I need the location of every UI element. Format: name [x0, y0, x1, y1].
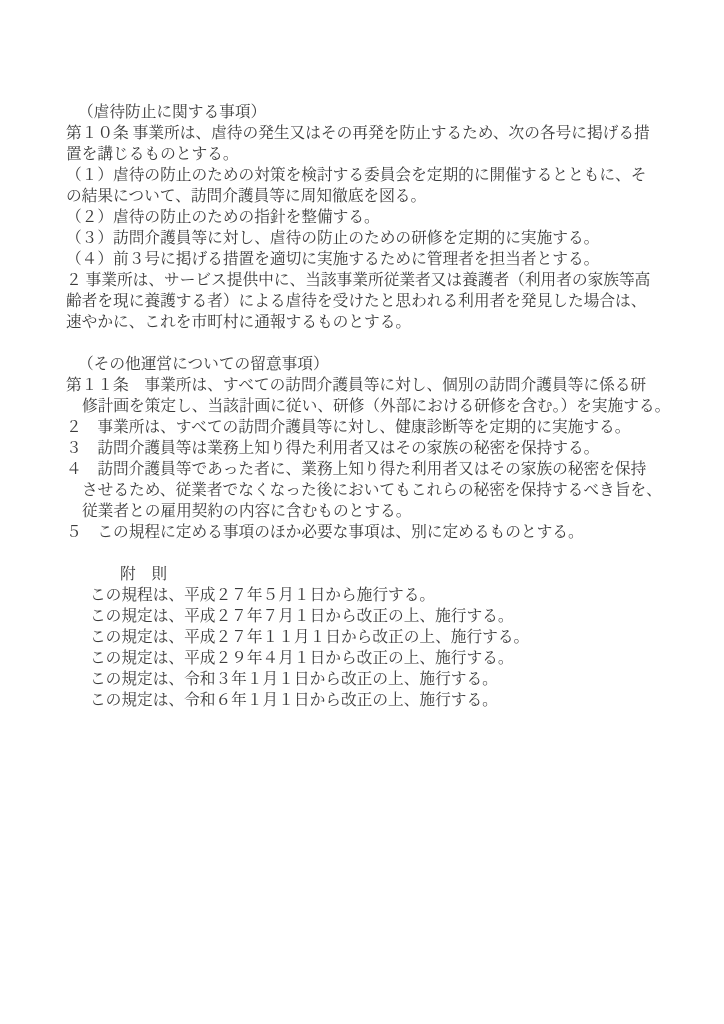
text-line: この規定は、令和３年１月１日から改正の上、施行する。	[66, 669, 684, 690]
text-line: 齢者を現に養護する者）による虐待を受けたと思われる利用者を発見した場合は、	[66, 291, 684, 312]
text-line: 第１０条 事業所は、虐待の発生又はその再発を防止するため、次の各号に掲げる措	[66, 123, 684, 144]
text-line: ２ 事業所は、サービス提供中に、当該事業所従業者又は養護者（利用者の家族等高	[66, 270, 684, 291]
text-line: この規程は、平成２７年５月１日から施行する。	[66, 585, 684, 606]
text-line: 速やかに、これを市町村に通報するものとする。	[66, 312, 684, 333]
text-line: この規定は、平成２７年７月１日から改正の上、施行する。	[66, 606, 684, 627]
text-line: ４ 訪問介護員等であった者に、業務上知り得た利用者又はその家族の秘密を保持	[66, 459, 684, 480]
article-10-abuse-prevention: （虐待防止に関する事項）第１０条 事業所は、虐待の発生又はその再発を防止するため…	[66, 102, 684, 333]
text-line: ５ この規程に定める事項のほか必要な事項は、別に定めるものとする。	[66, 522, 684, 543]
text-line: ２ 事業所は、すべての訪問介護員等に対し、健康診断等を定期的に実施する。	[66, 417, 684, 438]
text-line: 附 則	[66, 564, 684, 585]
text-line: （その他運営についての留意事項）	[66, 354, 684, 375]
text-line: （２）虐待の防止のための指針を整備する。	[66, 207, 684, 228]
document-page: （虐待防止に関する事項）第１０条 事業所は、虐待の発生又はその再発を防止するため…	[0, 0, 724, 1024]
text-line: させるため、従業者でなくなった後においてもこれらの秘密を保持するべき旨を、	[66, 480, 684, 501]
text-line: この規定は、平成２７年１１月１日から改正の上、施行する。	[66, 627, 684, 648]
text-line: （４）前３号に掲げる措置を適切に実施するために管理者を担当者とする。	[66, 249, 684, 270]
article-11-other-operational-notes: （その他運営についての留意事項）第１１条 事業所は、すべての訪問介護員等に対し、…	[66, 354, 684, 543]
text-line: ３ 訪問介護員等は業務上知り得た利用者又はその家族の秘密を保持する。	[66, 438, 684, 459]
text-line: （３）訪問介護員等に対し、虐待の防止のための研修を定期的に実施する。	[66, 228, 684, 249]
text-line: この規定は、平成２９年４月１日から改正の上、施行する。	[66, 648, 684, 669]
text-line: 置を講じるものとする。	[66, 144, 684, 165]
text-line: この規定は、令和６年１月１日から改正の上、施行する。	[66, 690, 684, 711]
text-line: 修計画を策定し、当該計画に従い、研修（外部における研修を含む。）を実施する。	[66, 396, 684, 417]
text-line: 従業者との雇用契約の内容に含むものとする。	[66, 501, 684, 522]
text-line: （虐待防止に関する事項）	[66, 102, 684, 123]
text-line: の結果について、訪問介護員等に周知徹底を図る。	[66, 186, 684, 207]
supplementary-provisions: 附 則この規程は、平成２７年５月１日から施行する。この規定は、平成２７年７月１日…	[66, 564, 684, 711]
text-line: （１）虐待の防止のための対策を検討する委員会を定期的に開催するとともに、そ	[66, 165, 684, 186]
text-line: 第１１条 事業所は、すべての訪問介護員等に対し、個別の訪問介護員等に係る研	[66, 375, 684, 396]
document-content: （虐待防止に関する事項）第１０条 事業所は、虐待の発生又はその再発を防止するため…	[0, 0, 724, 711]
